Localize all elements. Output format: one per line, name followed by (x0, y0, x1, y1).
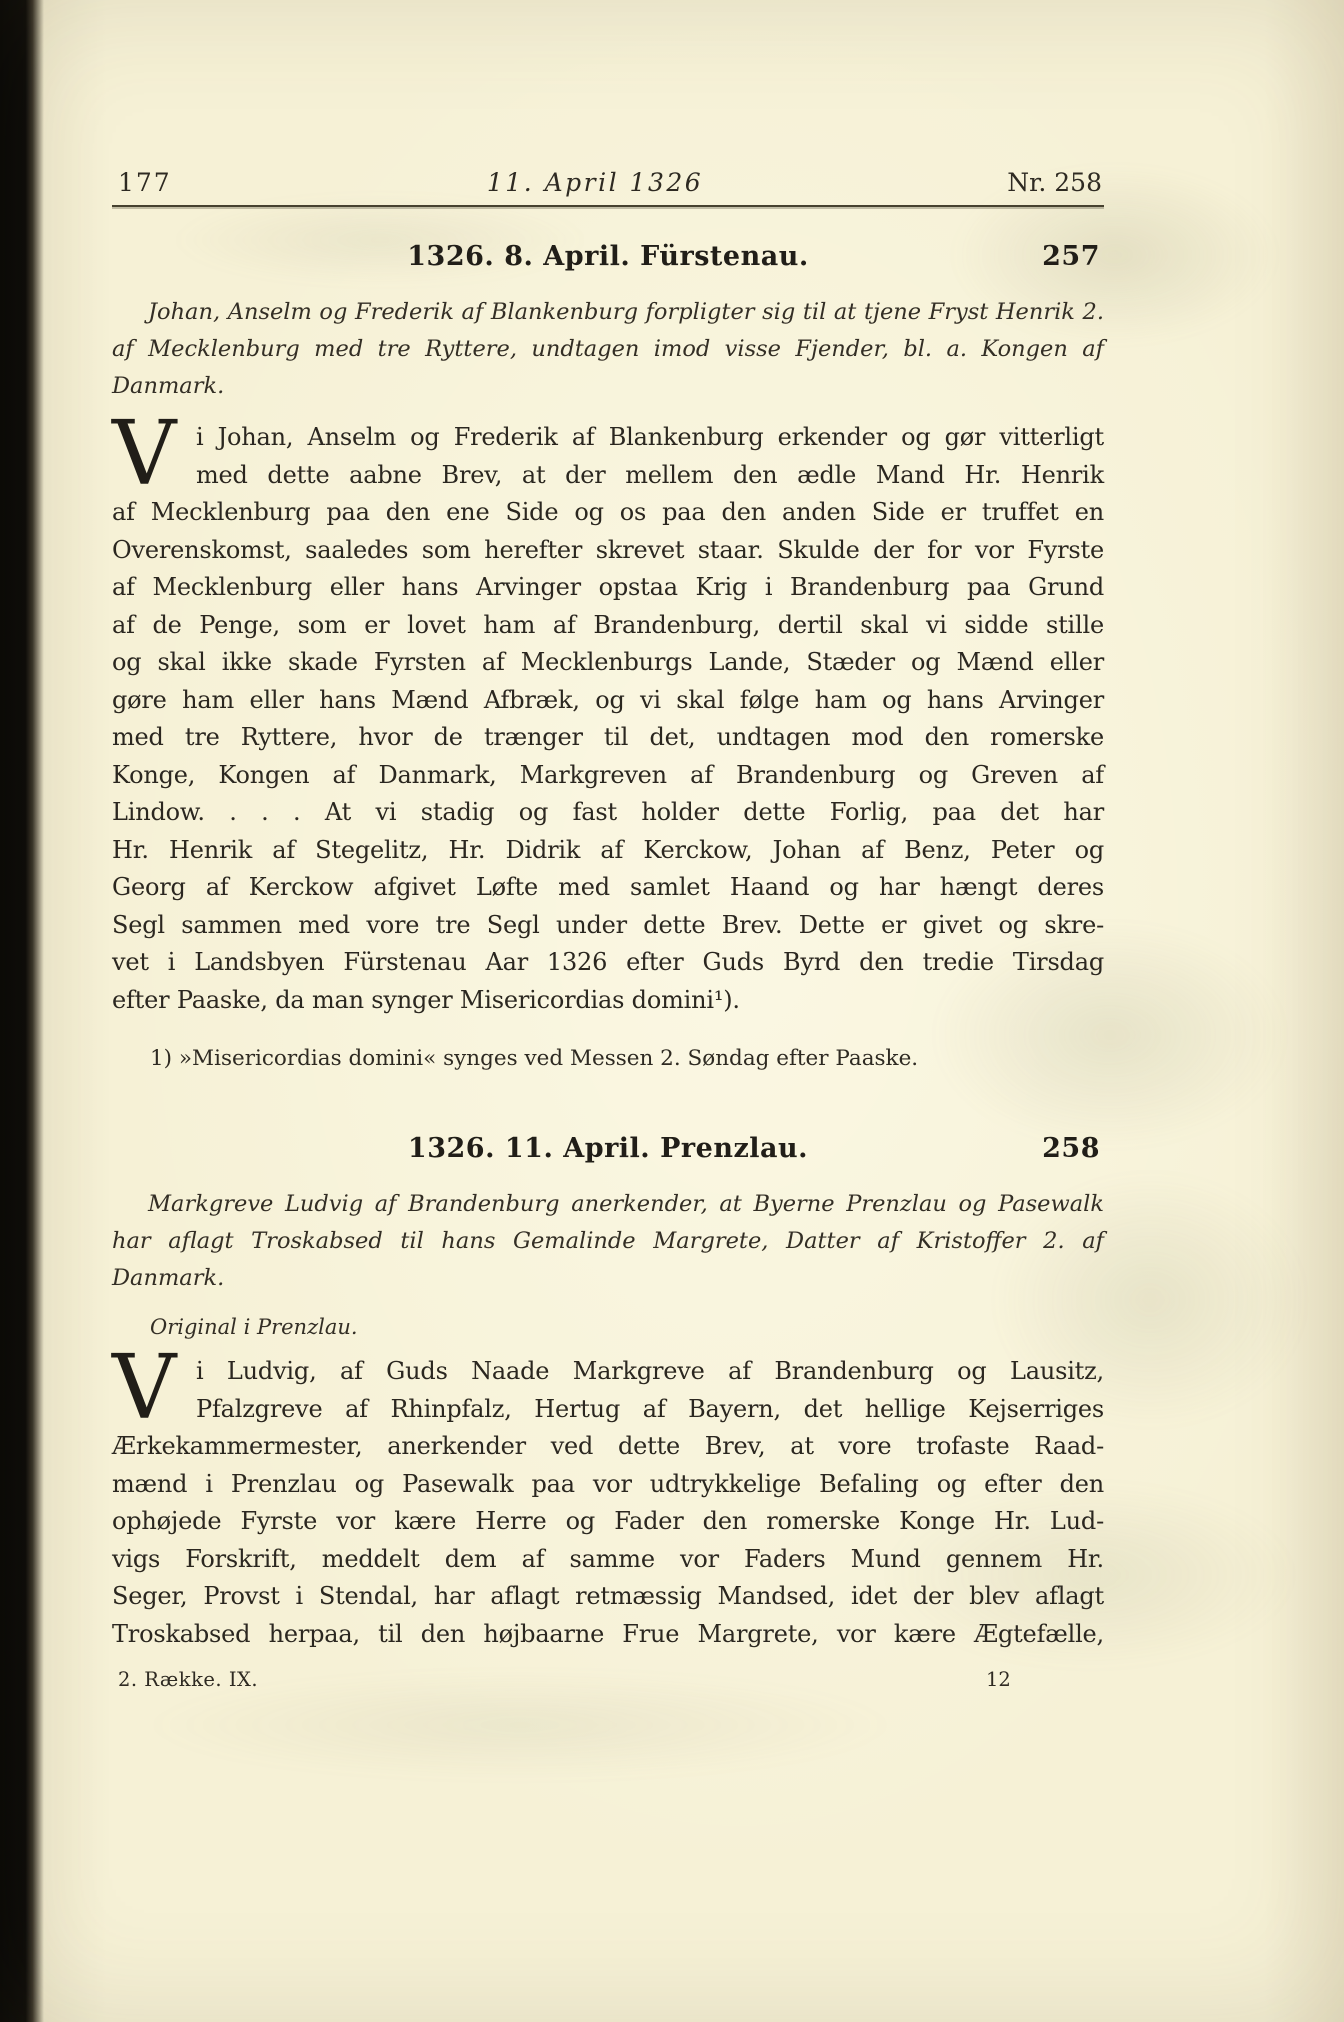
text-line: Pfalzgreve af Rhinpfalz, Hertug af Bayer… (196, 1391, 1104, 1429)
header-rule (112, 205, 1104, 207)
text-line: af Mecklenburg paa den ene Side og os pa… (112, 494, 1104, 532)
footnote: 1) »Misericordias domini« synges ved Mes… (112, 1046, 1104, 1071)
text-line: Konge, Kongen af Danmark, Markgreven af … (112, 757, 1104, 795)
text-line: efter Paaske, da man synger Misericordia… (112, 982, 1104, 1020)
text-line: med dette aabne Brev, at der mellem den … (196, 457, 1104, 495)
text-line: Markgreve Ludvig af Brandenburg anerkend… (112, 1186, 1104, 1223)
text-line: vet i Landsbyen Fürstenau Aar 1326 efter… (112, 944, 1104, 982)
entry-number: 258 (1042, 1133, 1100, 1164)
entry-summary: Johan, Anselm og Frederik af Blankenburg… (112, 294, 1104, 405)
text-line: Hr. Henrik af Stegelitz, Hr. Didrik af K… (112, 832, 1104, 870)
text-line: Seger, Provst i Stendal, har aflagt retm… (112, 1578, 1104, 1616)
entry-body-text: i Johan, Anselm og Frederik af Blankenbu… (112, 419, 1104, 1019)
entry-body-wrap: V i Johan, Anselm og Frederik af Blanken… (112, 419, 1104, 1019)
text-line: Johan, Anselm og Frederik af Blankenburg… (112, 294, 1104, 331)
text-line: har aflagt Troskabsed til hans Gemalinde… (112, 1223, 1104, 1260)
text-line: vigs Forskrift, meddelt dem af samme vor… (112, 1541, 1104, 1579)
text-line: Ærkekammermester, anerkender ved dette B… (112, 1428, 1104, 1466)
source-note: Original i Prenzlau. (112, 1315, 1104, 1339)
text-line: ophøjede Fyrste vor kære Herre og Fader … (112, 1503, 1104, 1541)
text-line: i Ludvig, af Guds Naade Markgreve af Bra… (196, 1353, 1104, 1391)
entry-heading-text: 1326. 11. April. Prenzlau. (408, 1133, 808, 1164)
entry-heading: 1326. 11. April. Prenzlau. 258 (112, 1133, 1104, 1167)
text-line: Danmark. (112, 1260, 1104, 1297)
text-line: Lindow. . . . At vi stadig og fast holde… (112, 794, 1104, 832)
book-gutter-shadow (0, 0, 44, 2022)
entry-number: 257 (1042, 241, 1100, 272)
page-number: 177 (118, 168, 172, 197)
text-line: mænd i Prenzlau og Pasewalk paa vor udtr… (112, 1466, 1104, 1504)
text-column: 177 11. April 1326 Nr. 258 1326. 8. Apri… (112, 0, 1104, 1653)
series-label: 2. Række. IX. (118, 1668, 258, 1691)
running-header-number: Nr. 258 (1007, 168, 1102, 197)
text-line: af de Penge, som er lovet ham af Branden… (112, 607, 1104, 645)
text-line: Segl sammen med vore tre Segl under dett… (112, 907, 1104, 945)
text-line: Troskabsed herpaa, til den højbaarne Fru… (112, 1616, 1104, 1654)
entry-summary: Markgreve Ludvig af Brandenburg anerkend… (112, 1186, 1104, 1297)
entry-257: 1326. 8. April. Fürstenau. 257 Johan, An… (112, 241, 1104, 1071)
text-line: af Mecklenburg eller hans Arvinger opsta… (112, 569, 1104, 607)
entry-heading: 1326. 8. April. Fürstenau. 257 (112, 241, 1104, 275)
text-line: Georg af Kerckow afgivet Løfte med samle… (112, 869, 1104, 907)
drop-cap-initial: V (112, 409, 176, 498)
entry-heading-text: 1326. 8. April. Fürstenau. (407, 241, 808, 272)
page-footer: 2. Række. IX. 12 (112, 1668, 1104, 1694)
text-line: af Mecklenburg med tre Ryttere, undtagen… (112, 331, 1104, 368)
entry-body-wrap: V i Ludvig, af Guds Naade Markgreve af B… (112, 1353, 1104, 1653)
scanned-book-page: 177 11. April 1326 Nr. 258 1326. 8. Apri… (0, 0, 1344, 2022)
drop-cap-initial: V (112, 1343, 176, 1432)
text-line: og skal ikke skade Fyrsten af Mecklenbur… (112, 644, 1104, 682)
sheet-signature: 12 (986, 1668, 1011, 1691)
text-line: i Johan, Anselm og Frederik af Blankenbu… (196, 419, 1104, 457)
text-line: med tre Ryttere, hvor de trænger til det… (112, 719, 1104, 757)
running-header-date: 11. April 1326 (487, 168, 703, 197)
entry-body-text: i Ludvig, af Guds Naade Markgreve af Bra… (112, 1353, 1104, 1653)
text-line: Overenskomst, saaledes som herefter skre… (112, 532, 1104, 570)
entry-258: 1326. 11. April. Prenzlau. 258 Markgreve… (112, 1133, 1104, 1653)
running-header: 177 11. April 1326 Nr. 258 (112, 168, 1104, 198)
text-line: gøre ham eller hans Mænd Afbræk, og vi s… (112, 682, 1104, 720)
text-line: Danmark. (112, 368, 1104, 405)
